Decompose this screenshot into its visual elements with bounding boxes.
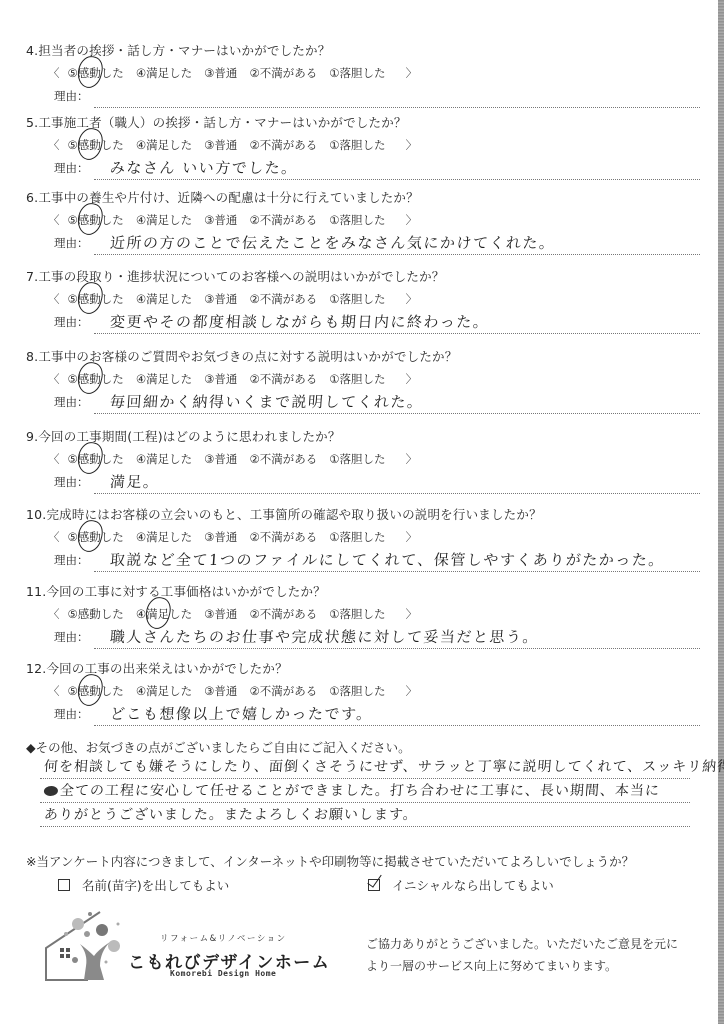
rating-option-5-selected[interactable]: ⑤感動した	[68, 64, 124, 82]
rating-option-1[interactable]: ①落胆した	[329, 64, 385, 82]
thanks-message: ご協力ありがとうございました。いただいたご意見を元に より一層のサービス向上に努…	[366, 933, 678, 977]
rating-option-4[interactable]: ④満足した	[136, 211, 192, 229]
rating-option-4-selected[interactable]: ④満足した	[136, 605, 192, 623]
survey-question-9: 9.今回の工事期間(工程)はどのように思われましたか？ 〈⑤感動した④満足した③…	[26, 428, 676, 494]
reason-label: 理由：	[54, 160, 89, 176]
reason-dotted-line	[94, 413, 700, 414]
bracket-close: 〉	[406, 605, 418, 623]
reason-dotted-line	[94, 725, 700, 726]
question-title: 4.担当者の挨拶・話し方・マナーはいかがでしたか？	[26, 42, 676, 60]
rating-option-2[interactable]: ②不満がある	[249, 370, 317, 388]
rating-option-2[interactable]: ②不満がある	[249, 136, 317, 154]
permission-option-name-label: 名前(苗字)を出してもよい	[82, 878, 229, 893]
bracket-open: 〈	[48, 211, 60, 229]
rating-option-2[interactable]: ②不満がある	[249, 211, 317, 229]
rating-option-1[interactable]: ①落胆した	[329, 450, 385, 468]
rating-options: 〈⑤感動した④満足した③普通②不満がある①落胆した〉	[40, 605, 676, 623]
question-title: 5.工事施工者（職人）の挨拶・話し方・マナーはいかがでしたか？	[26, 114, 676, 132]
rating-option-5-selected[interactable]: ⑤感動した	[68, 211, 124, 229]
survey-question-7: 7.工事の段取り・進捗状況についてのお客様への説明はいかがでしたか？ 〈⑤感動し…	[26, 268, 676, 334]
question-text: 工事の段取り・進捗状況についてのお客様への説明はいかがでしたか？	[38, 269, 444, 284]
company-logo: リフォーム&リノベーション こもれびデザインホーム Komorebi Desig…	[42, 910, 312, 982]
rating-options: 〈⑤感動した④満足した③普通②不満がある①落胆した〉	[40, 370, 676, 388]
rating-options: 〈⑤感動した④満足した③普通②不満がある①落胆した〉	[40, 528, 676, 546]
bracket-open: 〈	[48, 528, 60, 546]
bracket-close: 〉	[406, 64, 418, 82]
reason-dotted-line	[94, 571, 700, 572]
question-number: 11.	[26, 584, 46, 599]
question-title: 8.工事中のお客様のご質問やお気づきの点に対する説明はいかがでしたか？	[26, 348, 676, 366]
survey-question-12: 12.今回の工事の出来栄えはいかがでしたか？ 〈⑤感動した④満足した③普通②不満…	[26, 660, 676, 726]
rating-option-5-selected[interactable]: ⑤感動した	[68, 450, 124, 468]
bracket-open: 〈	[48, 370, 60, 388]
rating-option-3[interactable]: ③普通	[204, 605, 237, 623]
rating-options: 〈⑤感動した④満足した③普通②不満がある①落胆した〉	[40, 290, 676, 308]
rating-option-3[interactable]: ③普通	[204, 136, 237, 154]
reason-dotted-line	[94, 254, 700, 255]
question-text: 今回の工事に対する工事価格はいかがでしたか？	[46, 584, 325, 599]
reason-answer[interactable]: 近所の方のことで伝えたことをみなさん気にかけてくれた。	[109, 232, 556, 253]
permission-option-initials[interactable]: イニシャルなら出してもよい	[368, 876, 554, 894]
reason-label: 理由：	[54, 88, 89, 104]
rating-option-5-selected[interactable]: ⑤感動した	[68, 136, 124, 154]
survey-question-6: 6.工事中の養生や片付け、近隣への配慮は十分に行えていましたか？ 〈⑤感動した④…	[26, 189, 676, 255]
question-title: 11.今回の工事に対する工事価格はいかがでしたか？	[26, 583, 676, 601]
rating-option-5-selected[interactable]: ⑤感動した	[68, 528, 124, 546]
free-comment-text-3: ありがとうございました。またよろしくお願いします。	[43, 804, 418, 824]
bracket-close: 〉	[406, 450, 418, 468]
reason-answer[interactable]: 満足。	[109, 471, 160, 492]
thanks-line-2: より一層のサービス向上に努めてまいります。	[366, 955, 678, 977]
rating-option-4[interactable]: ④満足した	[136, 528, 192, 546]
permission-question: ※当アンケート内容につきまして、インターネットや印刷物等に掲載させていただいてよ…	[26, 852, 634, 870]
reason-answer[interactable]: 変更やその都度相談しながらも期日内に終わった。	[109, 311, 490, 332]
free-comment-line-3[interactable]: ありがとうございました。またよろしくお願いします。	[40, 803, 690, 827]
question-number: 5.	[26, 115, 38, 130]
rating-option-3[interactable]: ③普通	[204, 528, 237, 546]
permission-option-initials-label: イニシャルなら出してもよい	[392, 878, 554, 893]
rating-option-5-selected[interactable]: ⑤感動した	[68, 290, 124, 308]
rating-option-3[interactable]: ③普通	[204, 370, 237, 388]
question-title: 10.完成時にはお客様の立会いのもと、工事箇所の確認や取り扱いの説明を行いました…	[26, 506, 676, 524]
rating-option-2[interactable]: ②不満がある	[249, 64, 317, 82]
rating-option-3[interactable]: ③普通	[204, 64, 237, 82]
reason-row: 理由： 職人さんたちのお仕事や完成状態に対して妥当だと思う。	[26, 627, 676, 649]
rating-option-4[interactable]: ④満足した	[136, 450, 192, 468]
question-title: 6.工事中の養生や片付け、近隣への配慮は十分に行えていましたか？	[26, 189, 676, 207]
question-text: 今回の工事の出来栄えはいかがでしたか？	[46, 661, 287, 676]
reason-dotted-line	[94, 493, 700, 494]
question-text: 担当者の挨拶・話し方・マナーはいかがでしたか？	[38, 43, 330, 58]
reason-label: 理由：	[54, 235, 89, 251]
bracket-open: 〈	[48, 450, 60, 468]
question-title: 12.今回の工事の出来栄えはいかがでしたか？	[26, 660, 676, 678]
reason-row: 理由： 取説など全て1つのファイルにしてくれて、保管しやすくありがたかった。	[26, 550, 676, 572]
rating-option-1[interactable]: ①落胆した	[329, 370, 385, 388]
bracket-close: 〉	[406, 211, 418, 229]
scan-edge-border	[718, 0, 724, 1024]
reason-answer[interactable]: みなさん いい方でした。	[109, 157, 298, 178]
reason-row: 理由： 近所の方のことで伝えたことをみなさん気にかけてくれた。	[26, 233, 676, 255]
rating-option-4[interactable]: ④満足した	[136, 136, 192, 154]
checkbox-initials[interactable]	[368, 879, 380, 891]
rating-option-5-selected[interactable]: ⑤感動した	[68, 370, 124, 388]
reason-label: 理由：	[54, 552, 89, 568]
reason-row: 理由： 毎回細かく納得いくまで説明してくれた。	[26, 392, 676, 414]
rating-option-1[interactable]: ①落胆した	[329, 605, 385, 623]
rating-option-1[interactable]: ①落胆した	[329, 290, 385, 308]
bracket-close: 〉	[406, 290, 418, 308]
question-text: 工事中の養生や片付け、近隣への配慮は十分に行えていましたか？	[38, 190, 419, 205]
reason-label: 理由：	[54, 314, 89, 330]
question-number: 9.	[26, 429, 38, 444]
free-comment-text-2: 全ての工程に安心して任せることができました。打ち合わせに工事に、長い期間、本当に	[43, 780, 660, 800]
rating-option-2[interactable]: ②不満がある	[249, 450, 317, 468]
rating-options: 〈⑤感動した④満足した③普通②不満がある①落胆した〉	[40, 64, 676, 82]
reason-label: 理由：	[54, 394, 89, 410]
survey-question-10: 10.完成時にはお客様の立会いのもと、工事箇所の確認や取り扱いの説明を行いました…	[26, 506, 676, 572]
rating-option-3[interactable]: ③普通	[204, 682, 237, 700]
question-number: 4.	[26, 43, 38, 58]
reason-row: 理由： みなさん いい方でした。	[26, 158, 676, 180]
survey-question-4: 4.担当者の挨拶・話し方・マナーはいかがでしたか？ 〈⑤感動した④満足した③普通…	[26, 42, 676, 108]
reason-dotted-line	[94, 648, 700, 649]
reason-answer[interactable]: 毎回細かく納得いくまで説明してくれた。	[109, 391, 424, 412]
bracket-open: 〈	[48, 136, 60, 154]
rating-option-3[interactable]: ③普通	[204, 290, 237, 308]
rating-option-2[interactable]: ②不満がある	[249, 528, 317, 546]
scribble-mark	[44, 786, 59, 796]
rating-option-1[interactable]: ①落胆した	[329, 136, 385, 154]
checkbox-name[interactable]	[58, 879, 70, 891]
rating-option-4[interactable]: ④満足した	[136, 370, 192, 388]
survey-question-11: 11.今回の工事に対する工事価格はいかがでしたか？ 〈⑤感動した④満足した③普通…	[26, 583, 676, 649]
rating-options: 〈⑤感動した④満足した③普通②不満がある①落胆した〉	[40, 211, 676, 229]
bracket-close: 〉	[406, 682, 418, 700]
bracket-close: 〉	[406, 528, 418, 546]
rating-options: 〈⑤感動した④満足した③普通②不満がある①落胆した〉	[40, 682, 676, 700]
reason-dotted-line	[94, 107, 700, 108]
bracket-open: 〈	[48, 290, 60, 308]
reason-row: 理由： 満足。	[26, 472, 676, 494]
reason-label: 理由：	[54, 474, 89, 490]
rating-option-3[interactable]: ③普通	[204, 211, 237, 229]
rating-options: 〈⑤感動した④満足した③普通②不満がある①落胆した〉	[40, 450, 676, 468]
permission-option-name[interactable]: 名前(苗字)を出してもよい	[58, 876, 229, 894]
free-comment-line-2[interactable]: 全ての工程に安心して任せることができました。打ち合わせに工事に、長い期間、本当に	[40, 779, 690, 803]
reason-row: 理由： どこも想像以上で嬉しかったです。	[26, 704, 676, 726]
bracket-close: 〉	[406, 370, 418, 388]
thanks-line-1: ご協力ありがとうございました。いただいたご意見を元に	[366, 933, 678, 955]
question-number: 7.	[26, 269, 38, 284]
question-text: 今回の工事期間(工程)はどのように思われましたか？	[38, 429, 340, 444]
reason-answer[interactable]: 職人さんたちのお仕事や完成状態に対して妥当だと思う。	[109, 626, 539, 647]
question-number: 6.	[26, 190, 38, 205]
rating-option-1[interactable]: ①落胆した	[329, 682, 385, 700]
logo-english-name: Komorebi Design Home	[170, 969, 276, 978]
question-number: 10.	[26, 507, 46, 522]
rating-option-4[interactable]: ④満足した	[136, 64, 192, 82]
rating-option-4[interactable]: ④満足した	[136, 682, 192, 700]
bracket-open: 〈	[48, 64, 60, 82]
bracket-close: 〉	[406, 136, 418, 154]
rating-option-5[interactable]: ⑤感動した	[68, 605, 124, 623]
rating-option-2[interactable]: ②不満がある	[249, 290, 317, 308]
rating-option-4[interactable]: ④満足した	[136, 290, 192, 308]
reason-dotted-line	[94, 179, 700, 180]
survey-question-5: 5.工事施工者（職人）の挨拶・話し方・マナーはいかがでしたか？ 〈⑤感動した④満…	[26, 114, 676, 180]
rating-option-5-selected[interactable]: ⑤感動した	[68, 682, 124, 700]
reason-row: 理由：	[26, 86, 676, 108]
reason-answer[interactable]: 取説など全て1つのファイルにしてくれて、保管しやすくありがたかった。	[109, 549, 665, 570]
reason-dotted-line	[94, 333, 700, 334]
question-title: 9.今回の工事期間(工程)はどのように思われましたか？	[26, 428, 676, 446]
rating-option-1[interactable]: ①落胆した	[329, 528, 385, 546]
logo-subtitle: リフォーム&リノベーション	[160, 932, 287, 944]
reason-answer[interactable]: どこも想像以上で嬉しかったです。	[109, 703, 373, 724]
question-number: 8.	[26, 349, 38, 364]
bracket-open: 〈	[48, 605, 60, 623]
question-text: 完成時にはお客様の立会いのもと、工事箇所の確認や取り扱いの説明を行いましたか？	[46, 507, 541, 522]
question-number: 12.	[26, 661, 46, 676]
reason-label: 理由：	[54, 629, 89, 645]
rating-option-3[interactable]: ③普通	[204, 450, 237, 468]
question-title: 7.工事の段取り・進捗状況についてのお客様への説明はいかがでしたか？	[26, 268, 676, 286]
rating-options: 〈⑤感動した④満足した③普通②不満がある①落胆した〉	[40, 136, 676, 154]
rating-option-1[interactable]: ①落胆した	[329, 211, 385, 229]
bracket-open: 〈	[48, 682, 60, 700]
free-comment-title: ◆その他、お気づきの点がございましたらご自由にご記入ください。	[26, 738, 411, 756]
reason-label: 理由：	[54, 706, 89, 722]
survey-question-8: 8.工事中のお客様のご質問やお気づきの点に対する説明はいかがでしたか？ 〈⑤感動…	[26, 348, 676, 414]
rating-option-2[interactable]: ②不満がある	[249, 605, 317, 623]
reason-row: 理由： 変更やその都度相談しながらも期日内に終わった。	[26, 312, 676, 334]
free-comment-text-1: 何を相談しても嫌そうにしたり、面倒くさそうにせず、サラッと丁寧に説明してくれて、…	[43, 756, 724, 776]
rating-option-2[interactable]: ②不満がある	[249, 682, 317, 700]
question-text: 工事中のお客様のご質問やお気づきの点に対する説明はいかがでしたか？	[38, 349, 457, 364]
free-comment-line-1[interactable]: 何を相談しても嫌そうにしたり、面倒くさそうにせず、サラッと丁寧に説明してくれて、…	[40, 755, 690, 779]
